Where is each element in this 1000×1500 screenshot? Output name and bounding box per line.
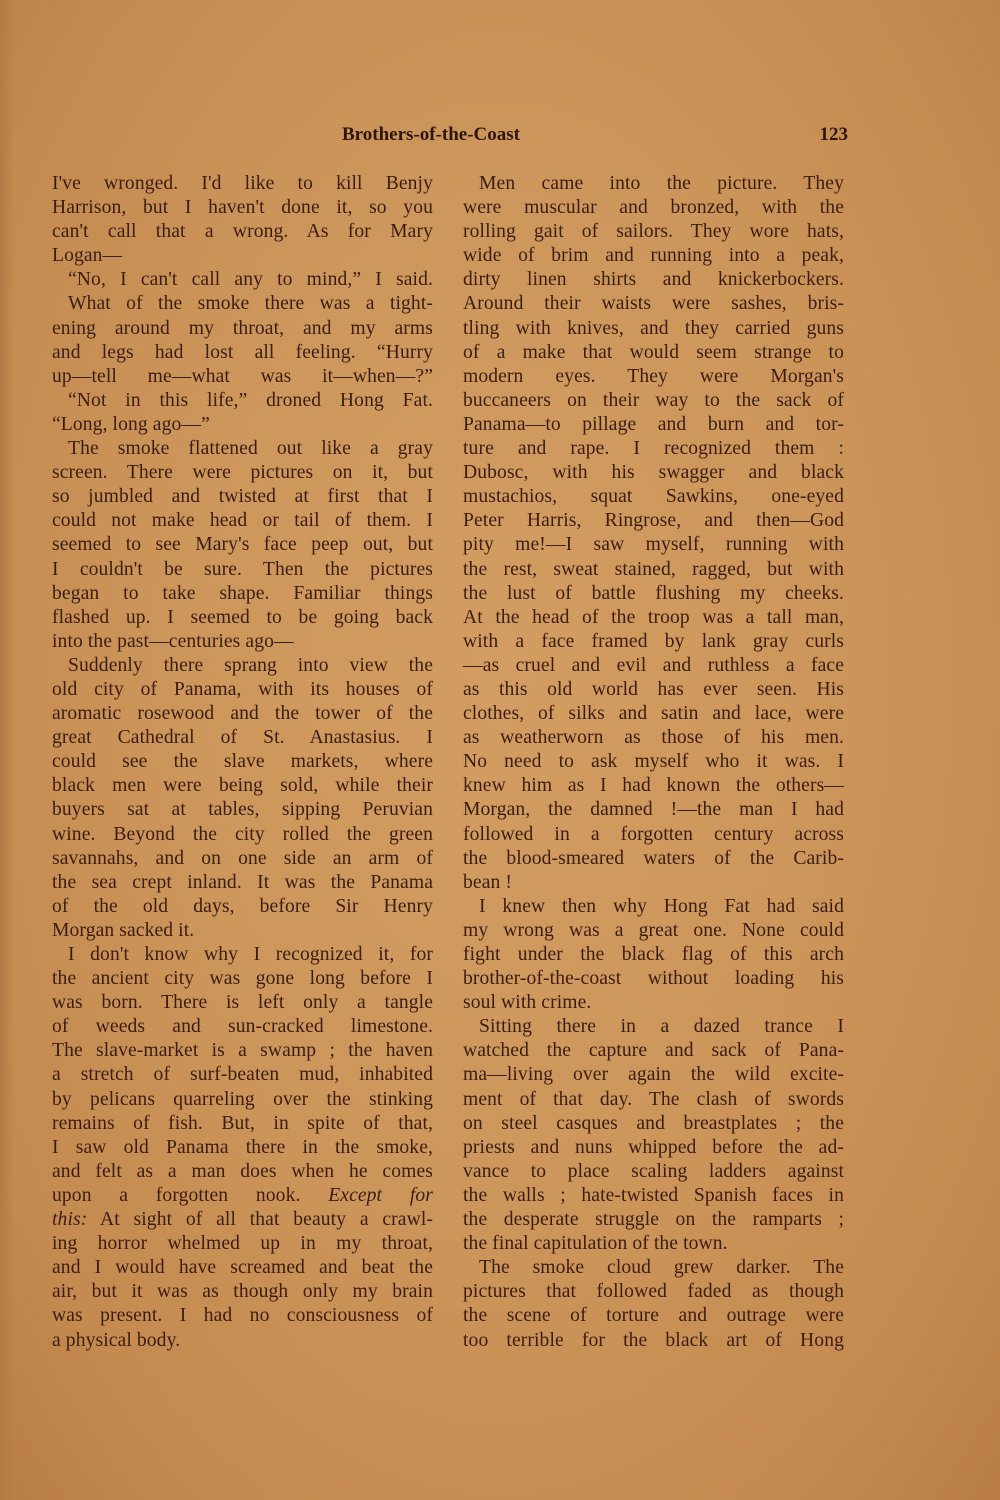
text-line: followed in a forgotten century across: [463, 823, 844, 847]
text-line: Around their waists were sashes, bris-: [463, 292, 844, 316]
text-column-left: I've wronged. I'd like to kill BenjyHarr…: [52, 172, 433, 1353]
text-line: the walls ; hate-twisted Spanish faces i…: [463, 1184, 844, 1208]
text-line: air, but it was as though only my brain: [52, 1280, 433, 1304]
text-line: as weatherworn as those of his men.: [463, 726, 844, 750]
text-line: mustachios, squat Sawkins, one-eyed: [463, 485, 844, 509]
text-line: with a face framed by lank gray curls: [463, 630, 844, 654]
text-line: wine. Beyond the city rolled the green: [52, 823, 433, 847]
text-line: Harrison, but I haven't done it, so you: [52, 196, 433, 220]
text-line: black men were being sold, while their: [52, 774, 433, 798]
text-line: could not make head or tail of them. I: [52, 509, 433, 533]
text-line: up—tell me—what was it—when—?”: [52, 365, 433, 389]
text-line: ment of that day. The clash of swords: [463, 1088, 844, 1112]
text-line: of a make that would seem strange to: [463, 341, 844, 365]
text-line: “Long, long ago—”: [52, 413, 433, 437]
text-line: buyers sat at tables, sipping Peruvian: [52, 798, 433, 822]
text-line: priests and nuns whipped before the ad-: [463, 1136, 844, 1160]
text-line: the ancient city was gone long before I: [52, 967, 433, 991]
text-line: wide of brim and running into a peak,: [463, 244, 844, 268]
text-line: Dubosc, with his swagger and black: [463, 461, 844, 485]
text-line: screen. There were pictures on it, but: [52, 461, 433, 485]
text-line: Peter Harris, Ringrose, and then—God: [463, 509, 844, 533]
page-edge-shadow: [0, 0, 14, 1500]
text-line: ening around my throat, and my arms: [52, 317, 433, 341]
text-line: the final capitulation of the town.: [463, 1232, 844, 1256]
text-line: soul with crime.: [463, 991, 844, 1015]
text-line: began to take shape. Familiar things: [52, 582, 433, 606]
text-line: Logan—: [52, 244, 433, 268]
text-line: “Not in this life,” droned Hong Fat.: [52, 389, 433, 413]
text-line: buccaneers on their way to the sack of: [463, 389, 844, 413]
text-line: brother-of-the-coast without loading his: [463, 967, 844, 991]
text-line: vance to place scaling ladders against: [463, 1160, 844, 1184]
text-line: too terrible for the black art of Hong: [463, 1329, 844, 1353]
text-line: remains of fish. But, in spite of that,: [52, 1112, 433, 1136]
text-line: a physical body.: [52, 1329, 433, 1353]
text-line: pictures that followed faded as though: [463, 1280, 844, 1304]
text-line: seemed to see Mary's face peep out, but: [52, 533, 433, 557]
text-line: my wrong was a great one. None could: [463, 919, 844, 943]
text-line: What of the smoke there was a tight-: [52, 292, 433, 316]
text-line: by pelicans quarreling over the stinking: [52, 1088, 433, 1112]
text-line: was born. There is left only a tangle: [52, 991, 433, 1015]
text-line: old city of Panama, with its houses of: [52, 678, 433, 702]
text-line: on steel casques and breastplates ; the: [463, 1112, 844, 1136]
text-line: flashed up. I seemed to be going back: [52, 606, 433, 630]
text-line: ture and rape. I recognized them :: [463, 437, 844, 461]
text-line: and I would have screamed and beat the: [52, 1256, 433, 1280]
text-line: I saw old Panama there in the smoke,: [52, 1136, 433, 1160]
text-line: tling with knives, and they carried guns: [463, 317, 844, 341]
text-line: as this old world has ever seen. His: [463, 678, 844, 702]
text-line: could see the slave markets, where: [52, 750, 433, 774]
text-line: ing horror whelmed up in my throat,: [52, 1232, 433, 1256]
text-line: “No, I can't call any to mind,” I said.: [52, 268, 433, 292]
text-line: of the old days, before Sir Henry: [52, 895, 433, 919]
text-line: great Cathedral of St. Anastasius. I: [52, 726, 433, 750]
text-line: a stretch of surf-beaten mud, inhabited: [52, 1063, 433, 1087]
text-line: can't call that a wrong. As for Mary: [52, 220, 433, 244]
text-line: Panama—to pillage and burn and tor-: [463, 413, 844, 437]
page-header: Brothers-of-the-Coast 123: [342, 124, 848, 152]
text-line: this: At sight of all that beauty a craw…: [52, 1208, 433, 1232]
text-line: rolling gait of sailors. They wore hats,: [463, 220, 844, 244]
text-line: fight under the black flag of this arch: [463, 943, 844, 967]
text-line: the sea crept inland. It was the Panama: [52, 871, 433, 895]
text-line: into the past—centuries ago—: [52, 630, 433, 654]
text-line: knew him as I had known the others—: [463, 774, 844, 798]
text-line: ma—living over again the wild excite-: [463, 1063, 844, 1087]
text-line: pity me!—I saw myself, running with: [463, 533, 844, 557]
text-line: the rest, sweat stained, ragged, but wit…: [463, 558, 844, 582]
text-line: The smoke flattened out like a gray: [52, 437, 433, 461]
text-line: Morgan, the damned !—the man I had: [463, 798, 844, 822]
text-line: and felt as a man does when he comes: [52, 1160, 433, 1184]
text-line: Suddenly there sprang into view the: [52, 654, 433, 678]
text-line: of weeds and sun-cracked limestone.: [52, 1015, 433, 1039]
text-line: I knew then why Hong Fat had said: [463, 895, 844, 919]
text-line: Men came into the picture. They: [463, 172, 844, 196]
text-line: clothes, of silks and satin and lace, we…: [463, 702, 844, 726]
running-title: Brothers-of-the-Coast: [342, 124, 520, 146]
text-column-right: Men came into the picture. Theywere musc…: [463, 172, 844, 1353]
page-number: 123: [820, 124, 849, 146]
text-line: I don't know why I recognized it, for: [52, 943, 433, 967]
text-line: and legs had lost all feeling. “Hurry: [52, 341, 433, 365]
text-line: No need to ask myself who it was. I: [463, 750, 844, 774]
text-line: watched the capture and sack of Pana-: [463, 1039, 844, 1063]
text-line: bean !: [463, 871, 844, 895]
text-line: modern eyes. They were Morgan's: [463, 365, 844, 389]
text-line: the desperate struggle on the ramparts ;: [463, 1208, 844, 1232]
text-line: was present. I had no consciousness of: [52, 1304, 433, 1328]
text-line: The smoke cloud grew darker. The: [463, 1256, 844, 1280]
text-line: I couldn't be sure. Then the pictures: [52, 558, 433, 582]
text-line: the blood-smeared waters of the Carib-: [463, 847, 844, 871]
text-line: Sitting there in a dazed trance I: [463, 1015, 844, 1039]
text-line: Morgan sacked it.: [52, 919, 433, 943]
text-line: savannahs, and on one side an arm of: [52, 847, 433, 871]
text-line: the lust of battle flushing my cheeks.: [463, 582, 844, 606]
text-line: the scene of torture and outrage were: [463, 1304, 844, 1328]
text-line: dirty linen shirts and knickerbockers.: [463, 268, 844, 292]
text-line: The slave-market is a swamp ; the haven: [52, 1039, 433, 1063]
text-line: upon a forgotten nook. Except for: [52, 1184, 433, 1208]
text-line: aromatic rosewood and the tower of the: [52, 702, 433, 726]
text-line: At the head of the troop was a tall man,: [463, 606, 844, 630]
text-line: so jumbled and twisted at first that I: [52, 485, 433, 509]
text-line: were muscular and bronzed, with the: [463, 196, 844, 220]
text-line: I've wronged. I'd like to kill Benjy: [52, 172, 433, 196]
text-line: —as cruel and evil and ruthless a face: [463, 654, 844, 678]
